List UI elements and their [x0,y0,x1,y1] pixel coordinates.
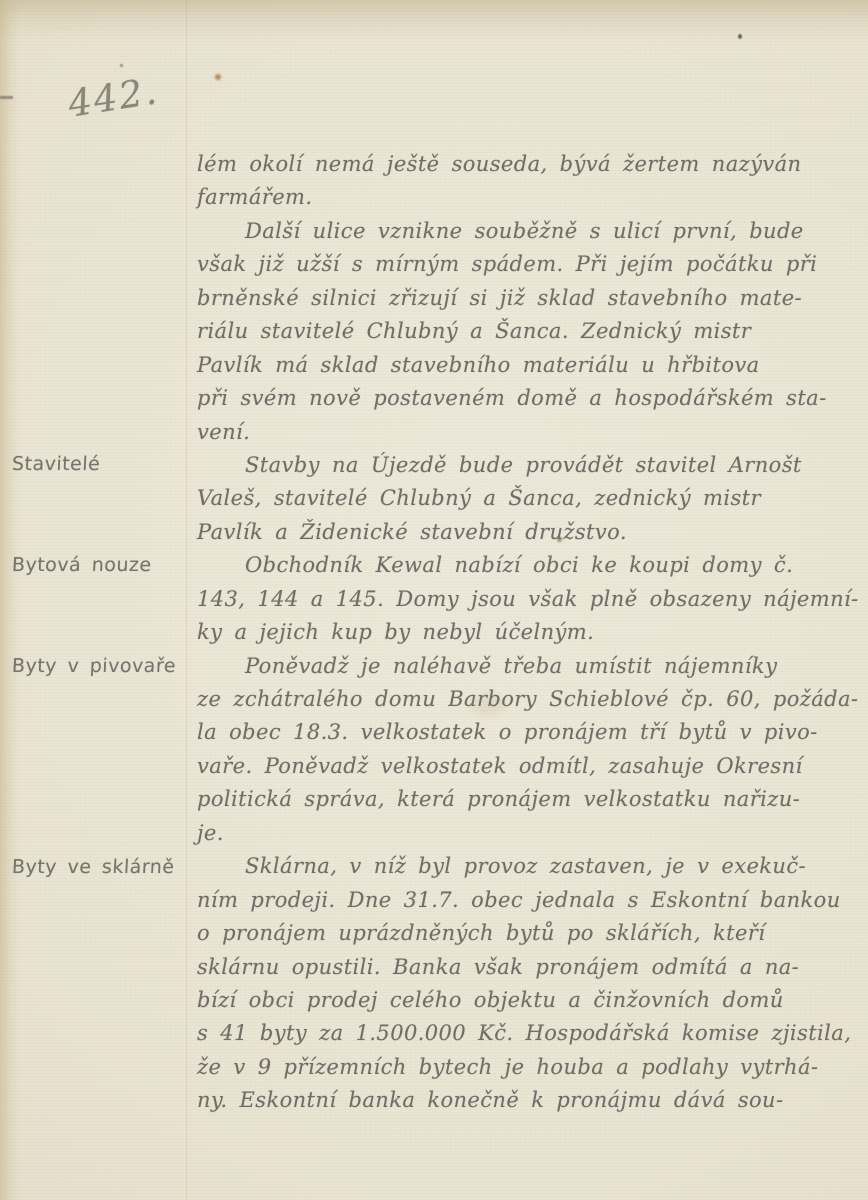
text-line: brněnské silnici zřizují si již sklad st… [197,286,862,319]
margin-label-bytova-nouze: Bytová nouze [11,554,152,576]
binding-mark [0,96,13,99]
text-line: že v 9 přízemních bytech je houba a podl… [197,1055,862,1088]
text-line: politická správa, která pronájem velkost… [197,787,862,820]
text-line: 143, 144 a 145. Domy jsou však plně obsa… [197,587,862,620]
paper-speck [215,74,221,80]
margin-label-stavitele: Stavitelé [11,453,100,475]
text-line: Valeš, stavitelé Chlubný a Šanca, zednic… [197,486,862,519]
text-line: ky a jejich kup by nebyl účelným. [197,620,862,653]
text-line: vaře. Poněvadž velkostatek odmítl, zasah… [197,754,862,787]
text-line: sklárnu opustili. Banka však pronájem od… [197,955,862,988]
text-line: farmářem. [197,185,862,218]
text-line: však již užší s mírným spádem. Při jejím… [197,252,862,285]
text-line: ny. Eskontní banka konečně k pronájmu dá… [197,1088,862,1121]
text-line: riálu stavitelé Chlubný a Šanca. Zednick… [197,319,862,352]
text-line: s 41 byty za 1.500.000 Kč. Hospodářská k… [197,1021,862,1054]
text-line: o pronájem uprázdněných bytů po sklářích… [197,921,862,954]
text-line: Stavby na Újezdě bude provádět stavitel … [197,453,862,486]
text-line: vení. [197,420,862,453]
margin-rule-line [186,0,187,1200]
page-left-edge [0,0,20,1200]
text-line: Sklárna, v níž byl provoz zastaven, je v… [197,854,862,887]
text-line: bízí obci prodej celého objektu a činžov… [197,988,862,1021]
margin-label-byty-v-pivovare: Byty v pivovaře [11,655,176,677]
text-line: Další ulice vznikne souběžně s ulicí prv… [197,219,862,252]
text-line: Poněvadž je naléhavě třeba umístit nájem… [197,654,862,687]
manuscript-text-block: lém okolí nemá ještě souseda, bývá žerte… [197,152,862,1122]
paper-speck [120,64,123,67]
text-line: Obchodník Kewal nabízí obci ke koupi dom… [197,553,862,586]
text-line: ze zchátralého domu Barbory Schieblové č… [197,687,862,720]
paper-speck [738,34,742,39]
text-line: při svém nově postaveném domě a hospodář… [197,386,862,419]
text-line: Pavlík má sklad stavebního materiálu u h… [197,353,862,386]
scanned-chronicle-page: { "page": { "number": "442.", "type": "h… [0,0,868,1200]
text-line: lém okolí nemá ještě souseda, bývá žerte… [197,152,862,185]
text-line: ním prodeji. Dne 31.7. obec jednala s Es… [197,888,862,921]
text-line: Pavlík a Židenické stavební družstvo. [197,520,862,553]
margin-label-byty-ve-sklarne: Byty ve sklárně [11,856,175,878]
text-line: je. [197,821,862,854]
text-line: la obec 18.3. velkostatek o pronájem tří… [197,720,862,753]
